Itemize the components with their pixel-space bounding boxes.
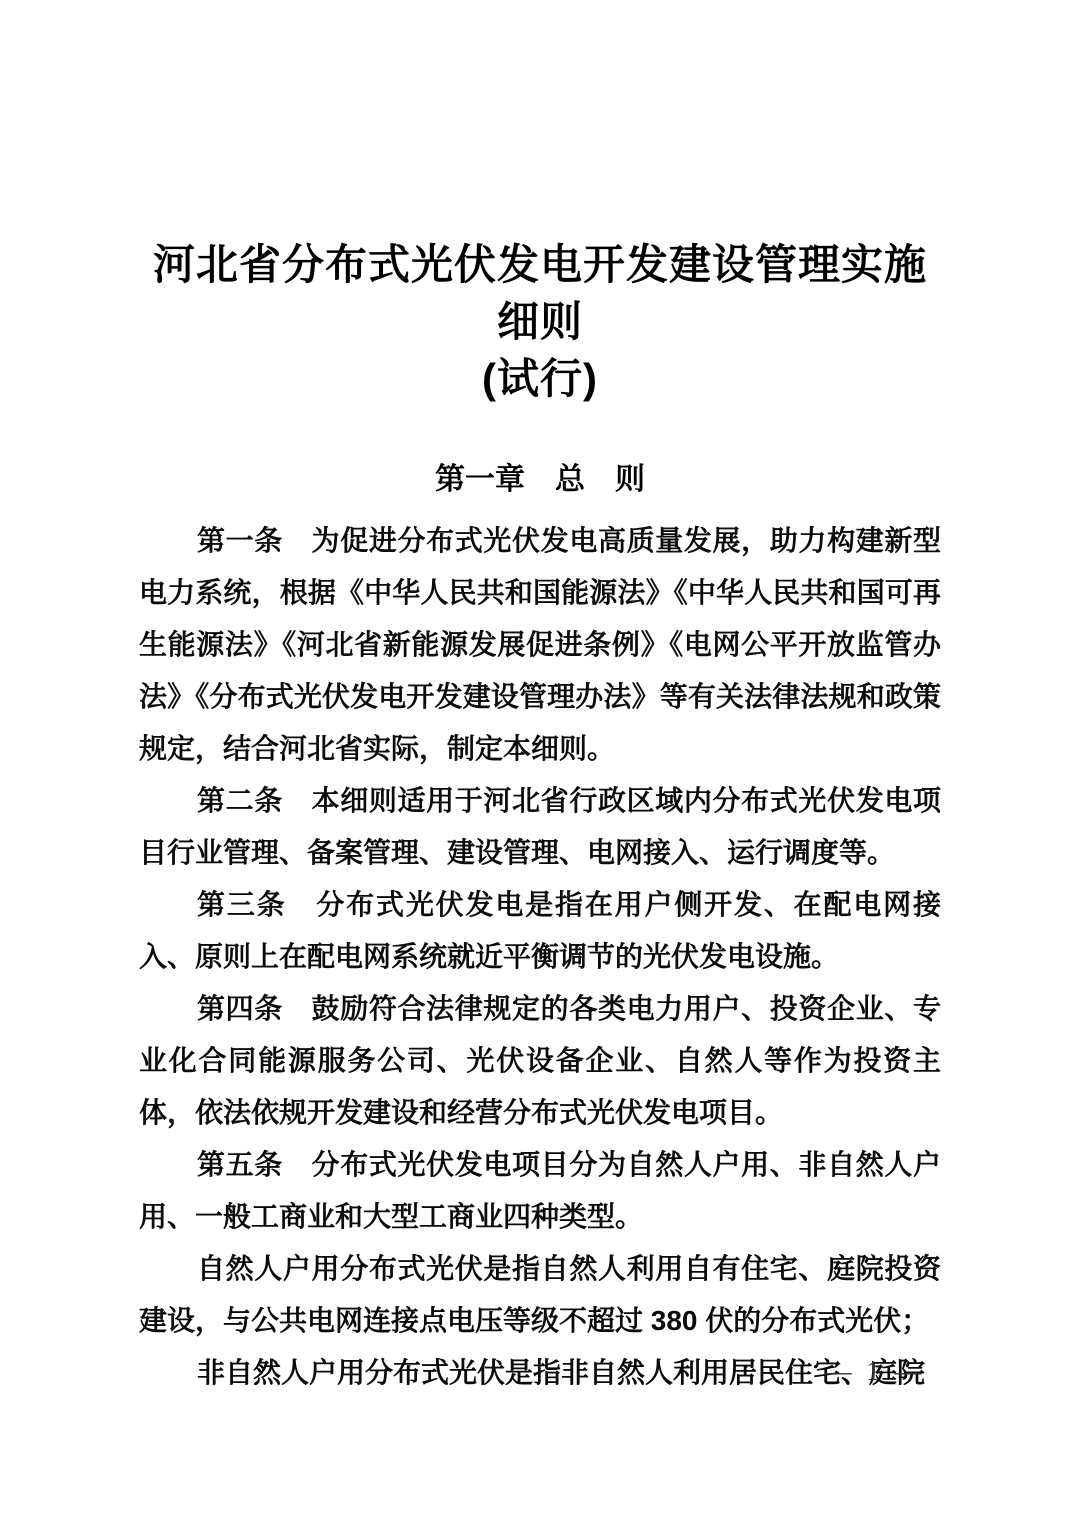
- paragraph-article-4: 第四条 鼓励符合法律规定的各类电力用户、投资企业、专业化合同能源服务公司、光伏设…: [139, 983, 941, 1139]
- paragraph-article-3: 第三条 分布式光伏发电是指在用户侧开发、在配电网接入、原则上在配电网系统就近平衡…: [139, 879, 941, 983]
- document-title: 河北省分布式光伏发电开发建设管理实施细则 (试行): [139, 236, 941, 407]
- document-body: 第一条 为促进分布式光伏发电高质量发展，助力构建新型电力系统，根据《中华人民共和…: [139, 515, 941, 1399]
- paragraph-natural-person-household: 自然人户用分布式光伏是指自然人利用自有住宅、庭院投资建设，与公共电网连接点电压等…: [139, 1243, 941, 1347]
- paragraph-article-2: 第二条 本细则适用于河北省行政区域内分布式光伏发电项目行业管理、备案管理、建设管…: [139, 775, 941, 879]
- paragraph-article-1: 第一条 为促进分布式光伏发电高质量发展，助力构建新型电力系统，根据《中华人民共和…: [139, 515, 941, 775]
- document-title-line2: (试行): [482, 355, 598, 402]
- page-number: — 1 —: [790, 1356, 960, 1387]
- chapter-heading: 第一章 总 则: [139, 462, 941, 498]
- paragraph-article-5: 第五条 分布式光伏发电项目分为自然人户用、非自然人户用、一般工商业和大型工商业四…: [139, 1139, 941, 1243]
- document-page: 河北省分布式光伏发电开发建设管理实施细则 (试行) 第一章 总 则 第一条 为促…: [0, 0, 1080, 1527]
- document-title-line1: 河北省分布式光伏发电开发建设管理实施细则: [153, 241, 927, 345]
